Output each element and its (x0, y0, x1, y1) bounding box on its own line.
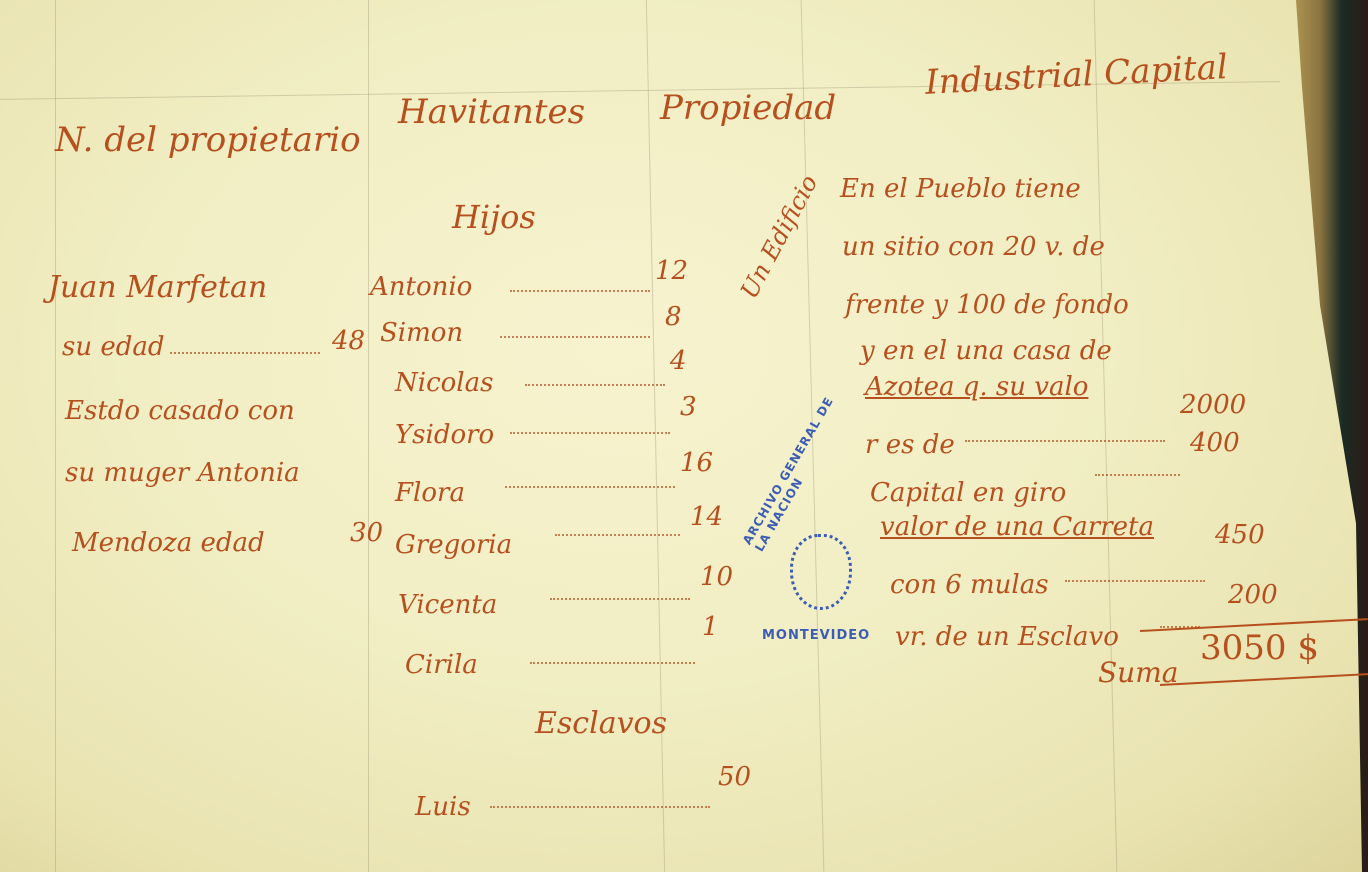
owner-status-line1: Estdo casado con (65, 396, 295, 426)
dot-leader (510, 432, 670, 434)
child-age: 1 (702, 612, 719, 642)
header-property: Propiedad (660, 88, 836, 128)
dot-leader (530, 662, 695, 664)
child-name: Cirila (405, 650, 478, 680)
book-binding-edge (1248, 0, 1368, 872)
property-line: y en el una casa de (860, 336, 1112, 366)
sum-rule-bottom (1160, 673, 1368, 686)
dot-leader (965, 440, 1165, 442)
column-rule (1094, 0, 1118, 872)
stamp-text-bottom: MONTEVIDEO (762, 628, 870, 643)
stamp-text-top: ARCHIVO GENERAL DE LA NACION (740, 393, 849, 554)
property-line: con 6 mulas (890, 570, 1049, 600)
owner-status-line2: su muger Antonia (65, 458, 300, 488)
dot-leader (555, 534, 680, 536)
child-age: 16 (680, 448, 713, 478)
property-value: 2000 (1180, 390, 1246, 420)
dot-leader (170, 352, 320, 354)
ledger-page: N. del propietario Havitantes Propiedad … (0, 0, 1368, 872)
property-line: un sitio con 20 v. de (842, 232, 1105, 262)
property-line: frente y 100 de fondo (845, 290, 1129, 320)
dot-leader (1065, 580, 1205, 582)
column-rule (646, 0, 665, 872)
property-line: valor de una Carreta (880, 512, 1154, 542)
property-value: 400 (1190, 428, 1240, 458)
child-age: 14 (690, 502, 723, 532)
child-age: 4 (670, 346, 687, 376)
property-line: Azotea q. su valo (865, 372, 1088, 402)
child-name: Nicolas (395, 368, 493, 398)
dot-leader (500, 336, 650, 338)
property-line: Capital en giro (870, 478, 1066, 508)
property-line: En el Pueblo tiene (840, 174, 1081, 204)
child-age: 8 (665, 302, 682, 332)
header-industry-capital: Industrial Capital (924, 47, 1229, 103)
property-value: 450 (1215, 520, 1265, 550)
property-margin-note: Un Edificio (735, 170, 823, 303)
child-age: 10 (700, 562, 733, 592)
child-name: Vicenta (398, 590, 497, 620)
slave-age: 50 (718, 762, 751, 792)
child-age: 3 (680, 392, 697, 422)
column-rule (368, 0, 369, 872)
dot-leader (490, 806, 710, 808)
child-name: Simon (380, 318, 463, 348)
header-inhabitants: Havitantes (398, 92, 585, 132)
property-value: 200 (1228, 580, 1278, 610)
dot-leader (550, 598, 690, 600)
dot-leader (525, 384, 665, 386)
archive-stamp: ARCHIVO GENERAL DE LA NACION MONTEVIDEO (742, 500, 892, 660)
children-header: Hijos (452, 198, 536, 236)
owner-status-line3: Mendoza edad (72, 528, 265, 558)
child-name: Gregoria (395, 530, 512, 560)
coat-of-arms-icon (790, 534, 852, 610)
sum-value: 3050 $ (1200, 628, 1319, 668)
dot-leader (505, 486, 675, 488)
owner-age-label: su edad (62, 332, 165, 362)
child-name: Ysidoro (395, 420, 494, 450)
header-owner: N. del propietario (55, 120, 361, 160)
dot-leader (510, 290, 650, 292)
slave-name: Luis (415, 792, 471, 822)
property-line: vr. de un Esclavo (895, 622, 1119, 652)
owner-age: 48 (332, 326, 365, 356)
property-line: r es de (865, 430, 955, 460)
slaves-header: Esclavos (535, 706, 667, 741)
owner-name: Juan Marfetan (48, 270, 267, 305)
child-name: Flora (395, 478, 465, 508)
dot-leader (1095, 474, 1180, 476)
child-name: Antonio (370, 272, 472, 302)
wife-age: 30 (350, 518, 383, 548)
child-age: 12 (655, 256, 688, 286)
